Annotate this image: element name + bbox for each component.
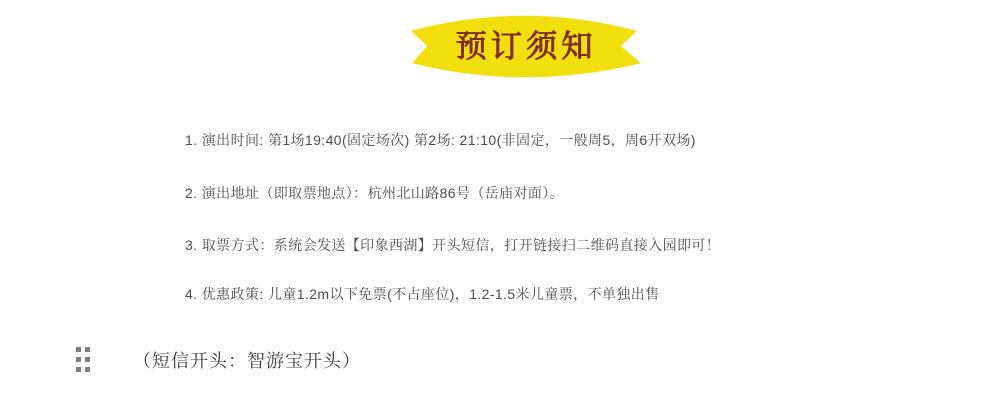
notice-item-showtime: 1. 演出时间: 第1场19:40(固定场次) 第2场: 21:10(非固定，一… bbox=[185, 131, 696, 150]
section-header-ribbon: 预订须知 bbox=[403, 4, 645, 80]
booking-notice-section: 预订须知 1. 演出时间: 第1场19:40(固定场次) 第2场: 21:10(… bbox=[0, 0, 1000, 408]
notice-item-address: 2. 演出地址（即取票地点）：杭州北山路86号（岳庙对面）。 bbox=[185, 184, 564, 203]
footer-note-row: （短信开头：智游宝开头） bbox=[76, 347, 361, 373]
section-title: 预订须知 bbox=[455, 29, 596, 64]
grid-dots-icon bbox=[76, 347, 91, 373]
sms-sender-note: （短信开头：智游宝开头） bbox=[133, 347, 361, 373]
notice-item-discount-policy: 4. 优惠政策: 儿童1.2m以下免票(不占座位)，1.2-1.5米儿童票，不单… bbox=[185, 285, 660, 304]
notice-item-ticket-pickup: 3. 取票方式：系统会发送【印象西湖】开头短信，打开链接扫二维码直接入园即可！ bbox=[185, 236, 720, 255]
